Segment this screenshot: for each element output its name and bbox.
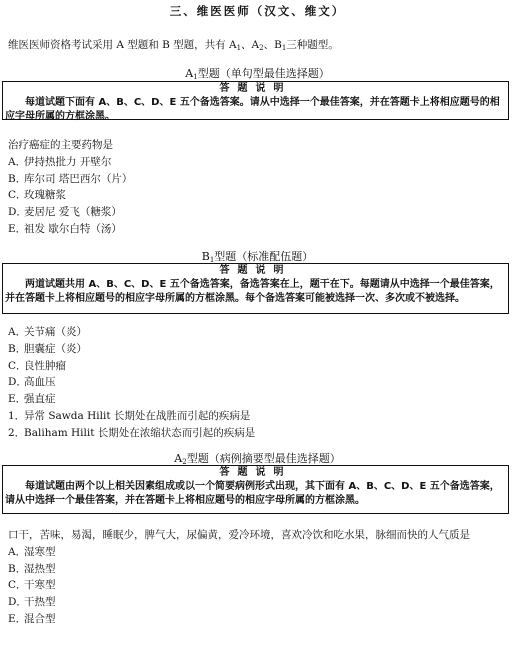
instructions-heading: 答题说明 — [5, 82, 506, 96]
option-text: 干寒型 — [24, 579, 56, 591]
option-b: B．库尔司 塔巴西尔（片） — [8, 171, 132, 188]
option-text: 良性肿瘤 — [24, 360, 66, 372]
option-letter: E． — [8, 221, 24, 238]
option-letter: D． — [8, 594, 24, 611]
instructions-box-a2: 答题说明 每道试题由两个以上相关因素组成或以一个简要病例形式出现，其下面有 A、… — [2, 465, 509, 514]
option-letter: B． — [8, 171, 24, 188]
option-text: 混合型 — [24, 613, 56, 625]
option-e: E．祖发 歇尔白特（汤） — [8, 221, 132, 238]
option-b: B．湿热型 — [8, 561, 470, 578]
option-text: 湿热型 — [24, 563, 56, 575]
option-text: 湿寒型 — [24, 546, 56, 558]
option-letter: D． — [8, 204, 24, 221]
option-text: 玫瑰糖浆 — [24, 189, 66, 201]
option-letter: D． — [8, 374, 24, 391]
question-block-b1: A．关节痛（炎） B．胆囊症（炎） C．良性肿瘤 D．高血压 E．强直症 1．异… — [8, 324, 255, 442]
option-text: 库尔司 塔巴西尔（片） — [24, 173, 132, 185]
question-2: 2．Baliham Hilit 长期处在浓缩状态而引起的疾病是 — [8, 425, 255, 442]
option-text: 强直症 — [24, 393, 56, 405]
option-text: 麦居尼 爱飞（糖浆） — [24, 206, 122, 218]
instructions-body: 每道试题下面有 A、B、C、D、E 五个备选答案。请从中选择一个最佳答案，并在答… — [5, 96, 506, 124]
option-text: 胆囊症（炎） — [24, 343, 87, 355]
intro-text: 、A — [241, 39, 259, 51]
section-title-a2: A2型题（病例摘要型最佳选择题） — [0, 450, 515, 466]
question-text: 异常 Sawda Hilit 长期处在战胜而引起的疾病是 — [24, 410, 250, 422]
option-a: A．关节痛（炎） — [8, 324, 255, 341]
title-text: 型题（标准配伍题） — [214, 250, 313, 263]
option-text: 祖发 歇尔白特（汤） — [24, 223, 122, 235]
option-e: E．强直症 — [8, 391, 255, 408]
question-number: 1． — [8, 408, 24, 425]
option-letter: A． — [8, 324, 24, 341]
option-text: 干热型 — [24, 596, 56, 608]
instructions-box-b1: 答题说明 两道试题共用 A、B、C、D、E 五个备选答案，备选答案在上，题干在下… — [2, 263, 509, 314]
instructions-box-a1: 答题说明 每道试题下面有 A、B、C、D、E 五个备选答案。请从中选择一个最佳答… — [2, 81, 509, 120]
option-d: D．高血压 — [8, 374, 255, 391]
option-a: A．伊持热批力 开壁尔 — [8, 154, 132, 171]
question-text: Baliham Hilit 长期处在浓缩状态而引起的疾病是 — [24, 427, 255, 439]
option-a: A．湿寒型 — [8, 544, 470, 561]
option-b: B．胆囊症（炎） — [8, 341, 255, 358]
option-letter: E． — [8, 611, 24, 628]
question-block-a1: 治疗癌症的主要药物是 A．伊持热批力 开壁尔 B．库尔司 塔巴西尔（片） C．玫… — [8, 137, 132, 238]
question-1: 1．异常 Sawda Hilit 长期处在战胜而引起的疾病是 — [8, 408, 255, 425]
option-letter: C． — [8, 577, 24, 594]
intro-text: 、B — [264, 39, 282, 51]
option-text: 关节痛（炎） — [24, 326, 87, 338]
option-e: E．混合型 — [8, 611, 470, 628]
instructions-heading: 答题说明 — [5, 264, 506, 278]
option-letter: C． — [8, 358, 24, 375]
option-c: C．玫瑰糖浆 — [8, 187, 132, 204]
section-title-a1: A1型题（单句型最佳选择题） — [0, 65, 515, 81]
option-d: D．麦居尼 爱飞（糖浆） — [8, 204, 132, 221]
option-text: 高血压 — [24, 376, 56, 388]
option-letter: A． — [8, 154, 24, 171]
option-letter: A． — [8, 544, 24, 561]
question-number: 2． — [8, 425, 24, 442]
option-d: D．干热型 — [8, 594, 470, 611]
option-letter: B． — [8, 341, 24, 358]
title-letter: B — [202, 250, 210, 263]
option-letter: E． — [8, 391, 24, 408]
instructions-body: 两道试题共用 A、B、C、D、E 五个备选答案，备选答案在上，题干在下。每题请从… — [5, 278, 506, 306]
document-title: 三、维医医师（汉文、维文） — [0, 3, 515, 19]
title-text: 型题（病例摘要型最佳选择题） — [187, 452, 341, 465]
instructions-body: 每道试题由两个以上相关因素组成或以一个简要病例形式出现，其下面有 A、B、C、D… — [5, 480, 506, 508]
option-text: 伊持热批力 开壁尔 — [24, 156, 111, 168]
option-letter: C． — [8, 187, 24, 204]
intro-paragraph: 维医医师资格考试采用 A 型题和 B 型题，共有 A1、A2、B1三种题型。 — [8, 37, 339, 52]
question-stem: 治疗癌症的主要药物是 — [8, 137, 132, 154]
question-stem: 口干，苦味，易渴，睡眠少，脾气大，尿偏黄，爱冷环境，喜欢冷饮和吃水果，脉细而快的… — [8, 527, 470, 544]
title-text: 型题（单句型最佳选择题） — [198, 67, 330, 80]
intro-text: 三种题型。 — [286, 39, 339, 51]
question-block-a2: 口干，苦味，易渴，睡眠少，脾气大，尿偏黄，爱冷环境，喜欢冷饮和吃水果，脉细而快的… — [8, 527, 470, 628]
intro-text: 维医医师资格考试采用 A 型题和 B 型题，共有 A — [8, 39, 237, 51]
section-title-b1: B1型题（标准配伍题） — [0, 248, 515, 264]
option-c: C．良性肿瘤 — [8, 358, 255, 375]
instructions-heading: 答题说明 — [5, 466, 506, 480]
option-letter: B． — [8, 561, 24, 578]
option-c: C．干寒型 — [8, 577, 470, 594]
